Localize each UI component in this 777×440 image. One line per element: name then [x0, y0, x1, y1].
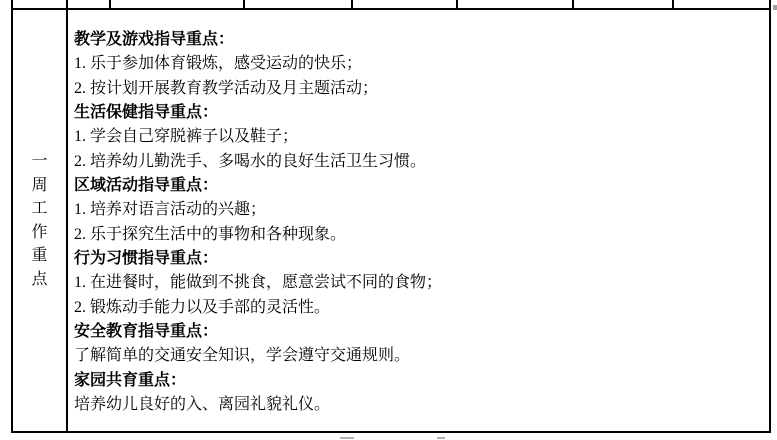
section-heading: 教学及游戏指导重点： — [74, 28, 767, 52]
section-heading: 区域活动指导重点： — [74, 174, 767, 198]
content-line: 2. 按计划开展教育教学活动及月主题活动； — [74, 77, 767, 101]
table-bottom-border — [11, 431, 771, 433]
content-line: 1. 在进餐时，能做到不挑食，愿意尝试不同的食物； — [74, 271, 767, 295]
page-edge-mark — [437, 437, 445, 439]
content-line: 了解简单的交通安全知识，学会遵守交通规则。 — [74, 344, 767, 368]
section-heading: 行为习惯指导重点： — [74, 247, 767, 271]
section-heading: 安全教育指导重点： — [74, 320, 767, 344]
table-column-divider — [66, 0, 68, 433]
row-header-char: 作 — [13, 221, 66, 245]
content-line: 2. 培养幼儿勤洗手、多喝水的良好生活卫生习惯。 — [74, 150, 767, 174]
row-header-char: 点 — [13, 268, 66, 292]
scrollbar-fragment — [773, 5, 777, 10]
row-header-char: 重 — [13, 244, 66, 268]
content-line: 1. 培养对语言活动的兴趣； — [74, 198, 767, 222]
page-edge-mark — [340, 437, 354, 439]
weekly-focus-content-cell[interactable]: 教学及游戏指导重点： 1. 乐于参加体育锻炼，感受运动的快乐； 2. 按计划开展… — [69, 10, 767, 418]
content-line: 2. 锻炼动手能力以及手部的灵活性。 — [74, 296, 767, 320]
table-right-border — [769, 0, 771, 433]
row-header-char: 工 — [13, 197, 66, 221]
content-line: 培养幼儿良好的入、离园礼貌礼仪。 — [74, 393, 767, 417]
row-header-char: 一 — [13, 150, 66, 174]
content-line: 2. 乐于探究生活中的事物和各种现象。 — [74, 223, 767, 247]
content-line: 1. 学会自己穿脱裤子以及鞋子； — [74, 125, 767, 149]
document-table-view: 一 周 工 作 重 点 教学及游戏指导重点： 1. 乐于参加体育锻炼，感受运动的… — [0, 0, 777, 440]
content-line: 1. 乐于参加体育锻炼，感受运动的快乐； — [74, 52, 767, 76]
row-header-cell[interactable]: 一 周 工 作 重 点 — [13, 150, 66, 291]
section-heading: 生活保健指导重点： — [74, 101, 767, 125]
row-header-char: 周 — [13, 174, 66, 198]
section-heading: 家园共育重点： — [74, 369, 767, 393]
